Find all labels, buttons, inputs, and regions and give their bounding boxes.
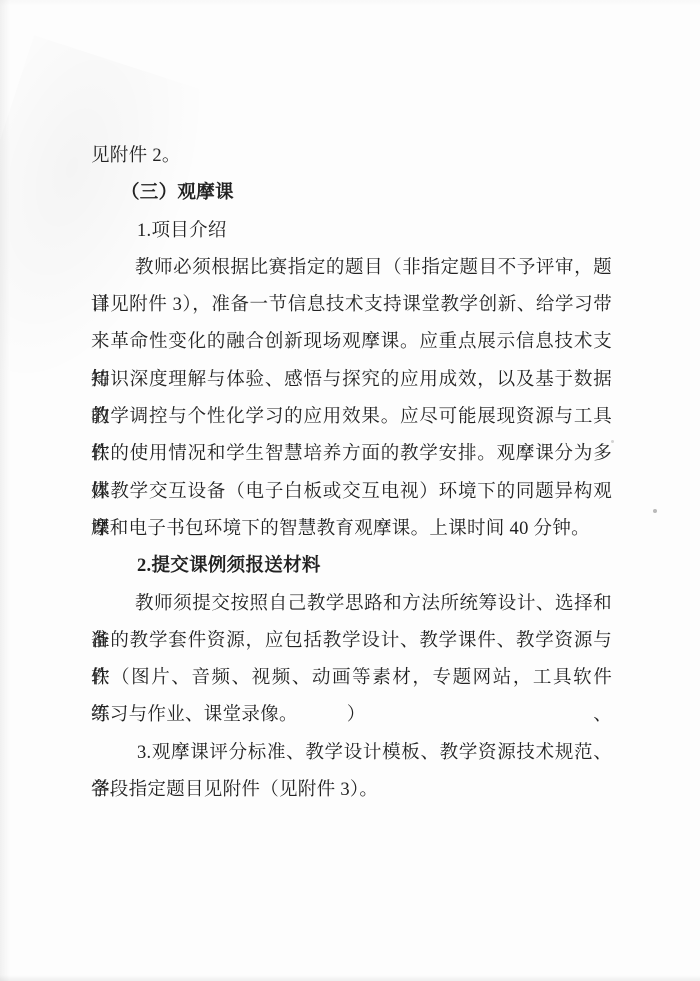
- scan-edge-shadow-top: [0, 0, 700, 6]
- section-heading-3: （三）观摩课: [91, 175, 612, 212]
- paragraph-line: 课和电子书包环境下的智慧教育观摩课。上课时间 40 分钟。: [91, 511, 612, 548]
- document-body: 见附件 2。 （三）观摩课 1.项目介绍 教师必须根据比赛指定的题目（非指定题目…: [91, 138, 612, 809]
- paragraph-line: 教师须提交按照自己教学思路和方法所统筹设计、选择和准: [91, 586, 612, 623]
- paragraph-line: 体教学交互设备（电子白板或交互电视）环境下的同题异构观摩: [91, 474, 612, 511]
- scan-edge-shadow-bottom: [0, 975, 700, 981]
- paragraph-line: 备的教学套件资源，应包括教学设计、教学课件、教学资源与软: [91, 623, 612, 660]
- scan-edge-shadow-left: [0, 0, 10, 981]
- paragraph-line: 详见附件 3），准备一节信息技术支持课堂教学创新、给学习带: [91, 287, 612, 324]
- paragraph-line: 见附件 2。: [91, 138, 612, 175]
- item-heading-2: 2.提交课例须报送材料: [91, 548, 612, 585]
- paragraph-line: 教师必须根据比赛指定的题目（非指定题目不予评审，题目: [91, 250, 612, 287]
- paragraph-line: 来革命性变化的融合创新现场观摩课。应重点展示信息技术支持: [91, 324, 612, 361]
- item-heading-1: 1.项目介绍: [91, 213, 612, 250]
- paragraph-line: 学段指定题目见附件（见附件 3）。: [91, 772, 612, 809]
- paragraph-line: 知识深度理解与体验、感悟与探究的应用成效，以及基于数据的: [91, 362, 612, 399]
- item-paragraph-3: 3.观摩课评分标准、教学设计模板、教学资源技术规范、各: [91, 735, 612, 772]
- scanned-document-page: 见附件 2。 （三）观摩课 1.项目介绍 教师必须根据比赛指定的题目（非指定题目…: [0, 0, 700, 981]
- paragraph-line: 教学调控与个性化学习的应用效果。应尽可能展现资源与工具软: [91, 399, 612, 436]
- scan-speck: [653, 509, 657, 513]
- paragraph-line: 件的使用情况和学生智慧培养方面的教学安排。观摩课分为多媒: [91, 436, 612, 473]
- paragraph-line: 件（图片、音频、视频、动画等素材，专题网站，工具软件等）、: [91, 660, 612, 697]
